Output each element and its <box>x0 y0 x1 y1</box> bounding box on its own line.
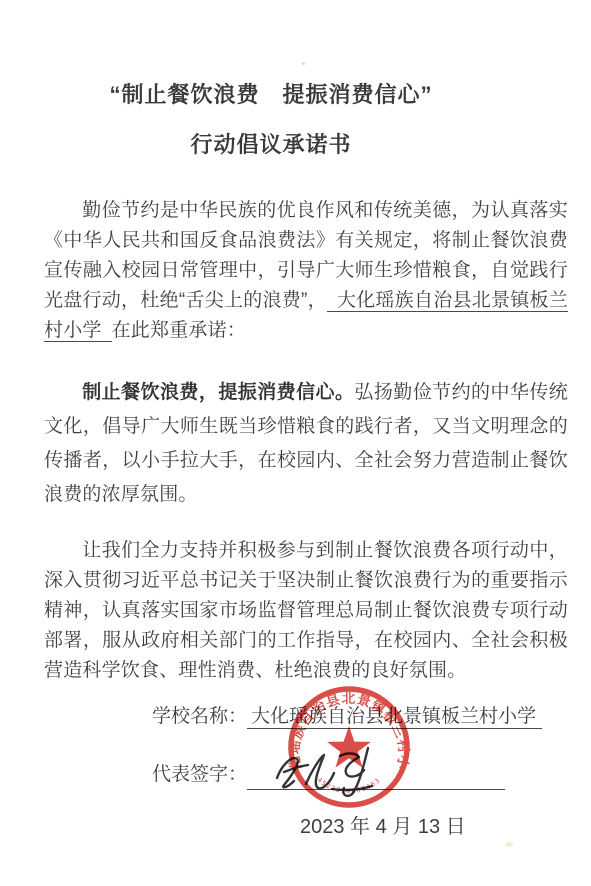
document-title-line2: 行动倡议承诺书 <box>44 130 498 160</box>
school-name-value: 大化瑶族自治县北景镇板兰村小学 <box>247 706 542 729</box>
p2-bold-slogan: 制止餐饮浪费，提振消费信心。 <box>82 382 354 403</box>
scanned-commitment-letter: “制止餐饮浪费 提振消费信心” 行动倡议承诺书 勤俭节约是中华民族的优良作风和传… <box>0 0 591 886</box>
document-title-line1: “制止餐饮浪费 提振消费信心” <box>44 80 498 110</box>
representative-sign-line: 代表签字： <box>152 760 568 790</box>
scan-speck <box>302 62 305 65</box>
date-line: 2023 年 4 月 13 日 <box>300 814 568 840</box>
p3-text: 让我们全力支持并积极参与到制止餐饮浪费各项行动中，深入贯彻习近平总书记关于坚决制… <box>44 540 568 681</box>
school-name-label: 学校名称： <box>152 706 247 727</box>
scan-speck <box>505 842 513 847</box>
school-name-line: 学校名称：大化瑶族自治县北景镇板兰村小学 <box>152 702 568 732</box>
paragraph-pledge-intro: 勤俭节约是中华民族的优良作风和传统美德，为认真落实《中华人民共和国反食品浪费法》… <box>44 196 568 346</box>
signature-underline <box>247 767 505 790</box>
p1-text-after-school: 在此郑重承诺： <box>112 320 246 341</box>
paragraph-action: 让我们全力支持并积极参与到制止餐饮浪费各项行动中，深入贯彻习近平总书记关于坚决制… <box>44 536 568 686</box>
signature-block: 学校名称：大化瑶族自治县北景镇板兰村小学 代表签字： 大化瑶族自治县北景镇板兰村… <box>44 702 568 790</box>
paragraph-commitment: 制止餐饮浪费，提振消费信心。弘扬勤俭节约的中华传统文化，倡导广大师生既当珍惜粮食… <box>44 376 568 512</box>
sign-label: 代表签字： <box>152 764 247 785</box>
